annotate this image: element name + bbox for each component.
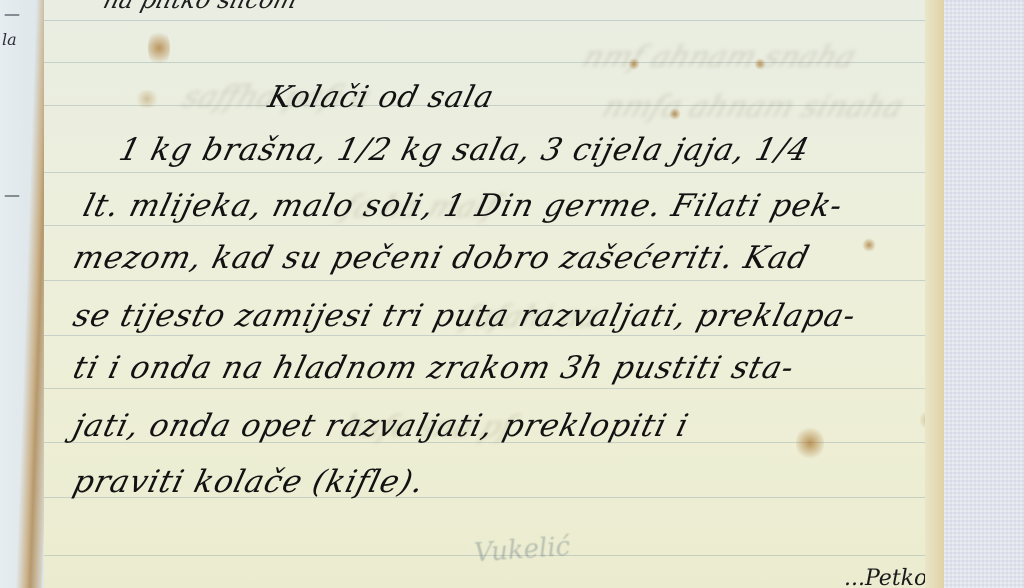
recipe-line: ti i onda na hladnom zrakom 3h pustiti s… bbox=[70, 350, 799, 386]
recipe-line: 1 kg brašna, 1/2 kg sala, 3 cijela jaja,… bbox=[116, 132, 814, 168]
notebook-page: saffha pafi a nmf ahnam snaha nmfa ahnam… bbox=[44, 0, 956, 588]
left-page-fragment: — bbox=[4, 185, 20, 204]
recipe-line: praviti kolače (kifle). bbox=[70, 464, 429, 500]
previous-recipe-fragment: na plitko sličom bbox=[101, 0, 301, 14]
recipe-title: Kolači od sala bbox=[265, 80, 498, 115]
recipe-line: se tijesto zamijesi tri puta razvaljati,… bbox=[70, 298, 860, 334]
left-page-fragment: la bbox=[2, 30, 17, 49]
recipe-line: lt. mlijeka, malo soli, 1 Din germe. Fil… bbox=[80, 188, 847, 224]
cloth-background bbox=[944, 0, 1024, 588]
left-page-fragment: — bbox=[4, 4, 20, 23]
next-recipe-fragment: ...Petko bbox=[844, 566, 927, 588]
recipe-line: jati, onda opet razvaljati, preklopiti i bbox=[70, 408, 693, 444]
faded-signature: Vukelić bbox=[473, 532, 571, 569]
recipe-line: mezom, kad su pečeni dobro zašećeriti. K… bbox=[70, 240, 814, 276]
